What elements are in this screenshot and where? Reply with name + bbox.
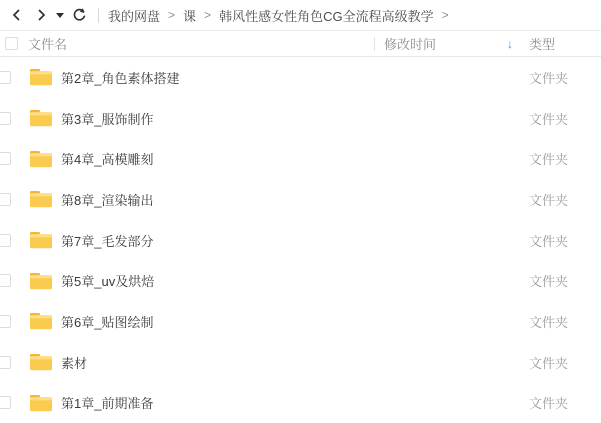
file-row[interactable]: 第1章_前期准备 文件夹 (0, 383, 601, 423)
back-icon (9, 7, 25, 23)
column-label-type[interactable]: 类型 (529, 37, 555, 52)
column-header-type[interactable]: 类型 (520, 34, 555, 53)
breadcrumb-separator-icon: > (204, 8, 211, 22)
folder-icon (29, 352, 53, 372)
breadcrumb-separator-icon: > (442, 8, 449, 22)
back-button[interactable] (5, 3, 29, 27)
file-type: 文件夹 (520, 393, 568, 412)
row-checkbox[interactable] (0, 234, 11, 247)
file-list: 第2章_角色素体搭建 文件夹 第3章_服饰制作 文件夹 第4章_高模雕刻 (0, 57, 601, 423)
file-row[interactable]: 第4章_高模雕刻 文件夹 (0, 138, 601, 179)
row-checkbox[interactable] (0, 71, 11, 84)
file-name-cell: 第4章_高模雕刻 (0, 149, 375, 169)
folder-icon (29, 230, 53, 250)
row-checkbox[interactable] (0, 112, 11, 125)
file-name[interactable]: 第5章_uv及烘焙 (61, 271, 154, 290)
breadcrumb-item[interactable]: 韩风性感女性角色CG全流程高级教学 (219, 6, 434, 25)
file-row[interactable]: 素材 文件夹 (0, 342, 601, 383)
file-name-cell: 第5章_uv及烘焙 (0, 271, 375, 291)
file-name[interactable]: 第4章_高模雕刻 (61, 149, 153, 168)
file-type: 文件夹 (520, 190, 568, 209)
folder-icon (29, 311, 53, 331)
file-type: 文件夹 (520, 68, 568, 87)
file-name-cell: 第7章_毛发部分 (0, 230, 375, 250)
file-name[interactable]: 第2章_角色素体搭建 (61, 68, 179, 87)
row-checkbox[interactable] (0, 356, 11, 369)
folder-icon (29, 67, 53, 87)
file-type: 文件夹 (520, 312, 568, 331)
navigation-toolbar: 我的网盘>课>韩风性感女性角色CG全流程高级教学> (0, 0, 601, 30)
file-name-cell: 第6章_贴图绘制 (0, 311, 375, 331)
file-name[interactable]: 第1章_前期准备 (61, 393, 153, 412)
file-name[interactable]: 第6章_贴图绘制 (61, 312, 153, 331)
file-row[interactable]: 第6章_贴图绘制 文件夹 (0, 301, 601, 342)
breadcrumb: 我的网盘>课>韩风性感女性角色CG全流程高级教学> (108, 6, 457, 25)
folder-icon (29, 149, 53, 169)
breadcrumb-item[interactable]: 课 (183, 6, 196, 25)
column-header-modified[interactable]: 修改时间 ↓ (375, 34, 520, 53)
file-manager-window: 我的网盘>课>韩风性感女性角色CG全流程高级教学> 文件名 修改时间 ↓ 类型 … (0, 0, 601, 423)
folder-icon (29, 271, 53, 291)
file-name[interactable]: 第7章_毛发部分 (61, 231, 153, 250)
select-all-checkbox[interactable] (5, 37, 18, 50)
folder-icon (29, 108, 53, 128)
file-row[interactable]: 第5章_uv及烘焙 文件夹 (0, 260, 601, 301)
forward-icon (33, 7, 49, 23)
file-row[interactable]: 第2章_角色素体搭建 文件夹 (0, 57, 601, 98)
file-type: 文件夹 (520, 231, 568, 250)
file-name-cell: 素材 (0, 352, 375, 372)
file-name[interactable]: 第3章_服饰制作 (61, 109, 153, 128)
file-row[interactable]: 第3章_服饰制作 文件夹 (0, 98, 601, 139)
row-checkbox[interactable] (0, 193, 11, 206)
file-type: 文件夹 (520, 149, 568, 168)
file-name-cell: 第3章_服饰制作 (0, 108, 375, 128)
chevron-down-icon (56, 13, 64, 18)
file-type: 文件夹 (520, 109, 568, 128)
column-label-modified[interactable]: 修改时间 (384, 34, 436, 53)
file-type: 文件夹 (520, 353, 568, 372)
file-name[interactable]: 素材 (61, 353, 87, 372)
file-name-cell: 第1章_前期准备 (0, 393, 375, 413)
folder-icon (29, 189, 53, 209)
breadcrumb-item[interactable]: 我的网盘 (108, 6, 160, 25)
breadcrumb-separator-icon: > (168, 8, 175, 22)
history-dropdown-button[interactable] (53, 3, 67, 27)
folder-icon (29, 393, 53, 413)
refresh-icon (71, 7, 87, 23)
file-name[interactable]: 第8章_渲染输出 (61, 190, 153, 209)
file-row[interactable]: 第7章_毛发部分 文件夹 (0, 220, 601, 261)
column-label-filename[interactable]: 文件名 (28, 34, 67, 53)
list-header: 文件名 修改时间 ↓ 类型 (0, 30, 601, 57)
forward-button[interactable] (29, 3, 53, 27)
file-name-cell: 第2章_角色素体搭建 (0, 67, 375, 87)
column-header-name: 文件名 (0, 34, 374, 53)
file-name-cell: 第8章_渲染输出 (0, 189, 375, 209)
toolbar-divider (98, 8, 99, 23)
refresh-button[interactable] (67, 3, 91, 27)
sort-descending-icon[interactable]: ↓ (507, 37, 513, 51)
row-checkbox[interactable] (0, 274, 11, 287)
row-checkbox[interactable] (0, 152, 11, 165)
file-row[interactable]: 第8章_渲染输出 文件夹 (0, 179, 601, 220)
row-checkbox[interactable] (0, 315, 11, 328)
row-checkbox[interactable] (0, 396, 11, 409)
file-type: 文件夹 (520, 271, 568, 290)
